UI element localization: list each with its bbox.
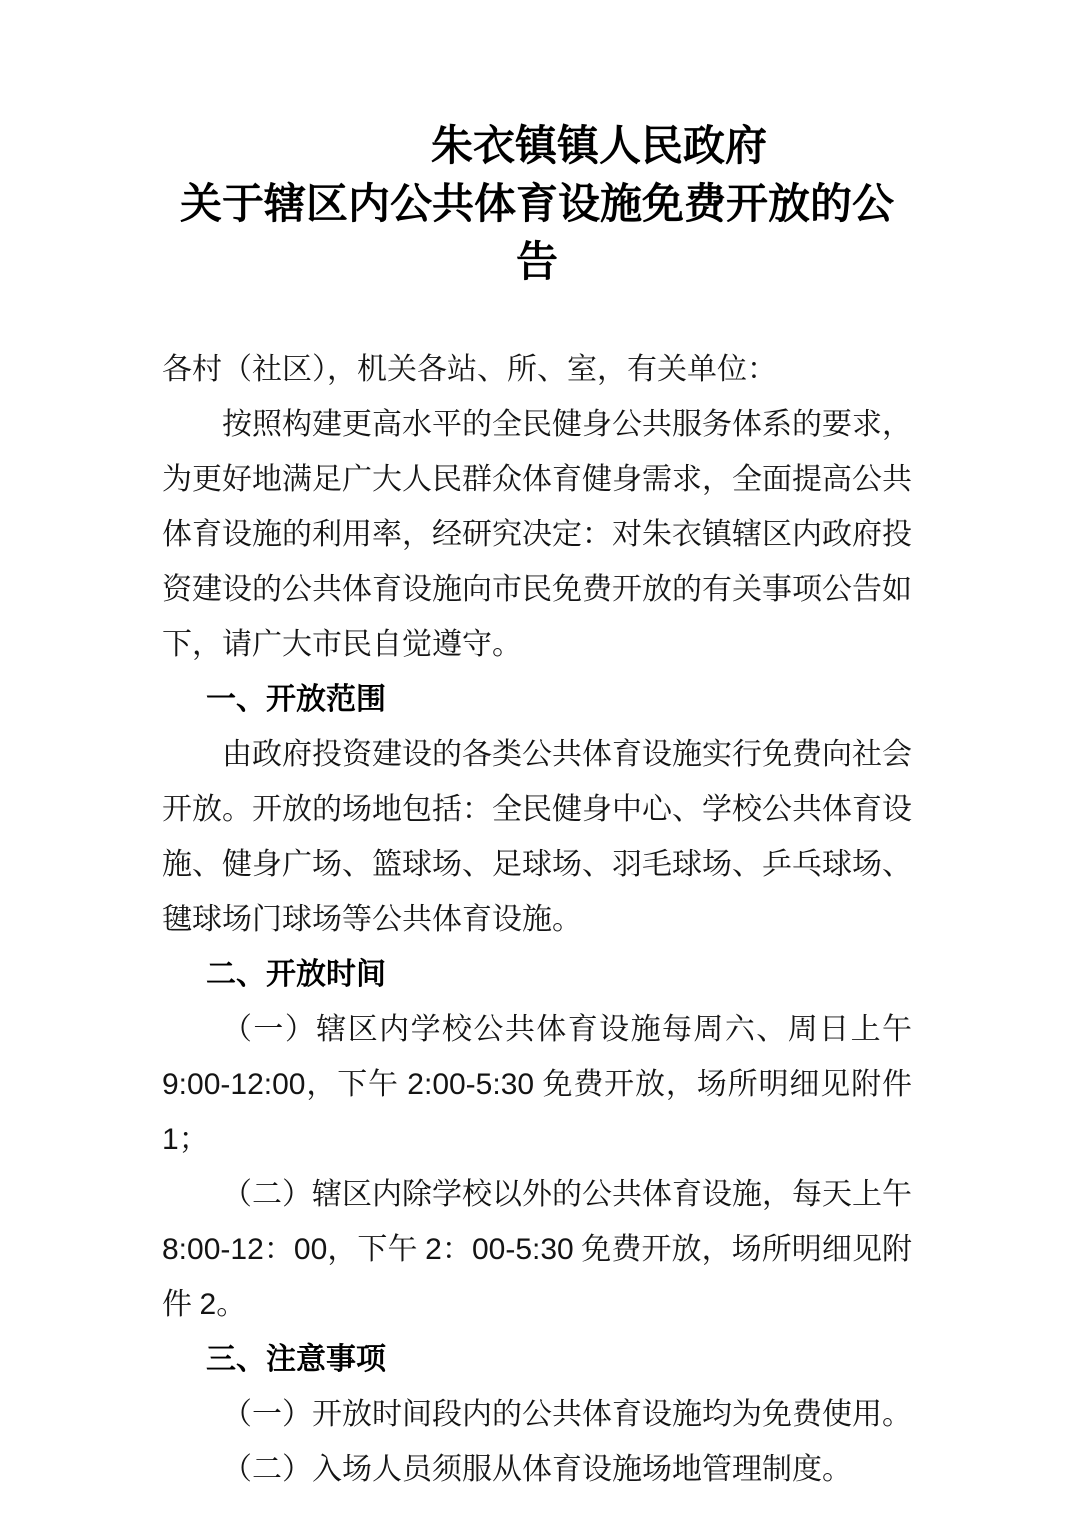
numeric-text: 00: [294, 1233, 327, 1266]
numeric-text: 8:00-12: [162, 1233, 264, 1266]
numeric-text: 2: [200, 1288, 217, 1321]
paragraph-hours-other: （二）辖区内除学校以外的公共体育设施，每天上午 8:00-12：00，下午 2：…: [162, 1167, 912, 1332]
document-page: 朱衣镇镇人民政府 关于辖区内公共体育设施免费开放的公告 各村（社区），机关各站、…: [0, 0, 1074, 1520]
section-heading-2: 二、开放时间: [162, 947, 912, 1002]
document-title: 朱衣镇镇人民政府 关于辖区内公共体育设施免费开放的公告: [162, 118, 912, 292]
numeric-text: 9:00-12:00: [162, 1068, 305, 1101]
section-heading-3: 三、注意事项: [162, 1332, 912, 1387]
paragraph-note-2: （二）入场人员须服从体育设施场地管理制度。: [162, 1442, 912, 1497]
section-heading-1: 一、开放范围: [162, 672, 912, 727]
paragraph-intro: 按照构建更高水平的全民健身公共服务体系的要求，为更好地满足广大人民群众体育健身需…: [162, 397, 912, 672]
paragraph-scope: 由政府投资建设的各类公共体育设施实行免费向社会开放。开放的场地包括：全民健身中心…: [162, 727, 912, 947]
numeric-text: 00-5:30: [472, 1233, 574, 1266]
paragraph-note-1: （一）开放时间段内的公共体育设施均为免费使用。: [162, 1387, 912, 1442]
title-line-2: 关于辖区内公共体育设施免费开放的公告: [162, 176, 912, 292]
paragraph-hours-schools: （一）辖区内学校公共体育设施每周六、周日上午 9:00-12:00，下午 2:0…: [162, 1002, 912, 1167]
document-body: 各村（社区），机关各站、所、室，有关单位： 按照构建更高水平的全民健身公共服务体…: [162, 342, 912, 1497]
salutation: 各村（社区），机关各站、所、室，有关单位：: [162, 342, 912, 397]
numeric-text: 2:00-5:30: [407, 1068, 534, 1101]
numeric-text: 2: [425, 1233, 442, 1266]
numeric-text: 1: [162, 1123, 179, 1156]
title-line-1: 朱衣镇镇人民政府: [162, 118, 912, 176]
